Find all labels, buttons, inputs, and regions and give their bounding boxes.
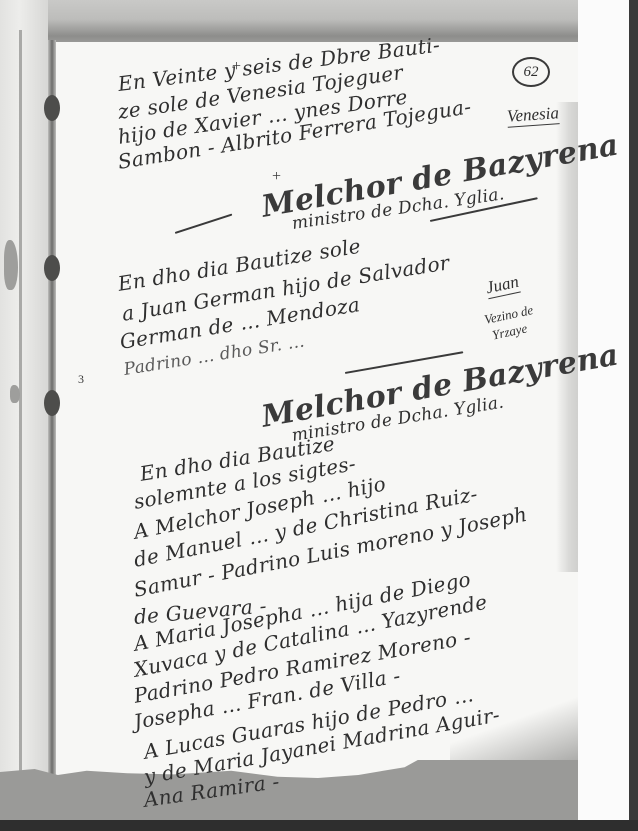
scan-border-bottom	[0, 820, 638, 831]
binding-stitch	[44, 390, 60, 416]
adjacent-page-strip	[0, 0, 48, 820]
binding-stitch	[44, 255, 60, 281]
top-torn-edge	[0, 0, 578, 48]
scan-border-right	[629, 0, 638, 831]
page-mark: 3	[78, 372, 84, 387]
paper-tear	[4, 240, 18, 290]
margin-note-venesia: Venesia	[506, 103, 559, 128]
binding-spine	[48, 40, 56, 820]
folio-number: 62	[512, 57, 550, 87]
page-rule-line	[19, 30, 22, 780]
manuscript-scan: 62 + + 3 En Veinte y seis de Dbre Bauti-…	[0, 0, 638, 831]
paper-tear	[10, 385, 20, 403]
scan-blank-margin	[578, 0, 629, 820]
binding-stitch	[44, 95, 60, 121]
cross-mark: +	[272, 168, 281, 186]
